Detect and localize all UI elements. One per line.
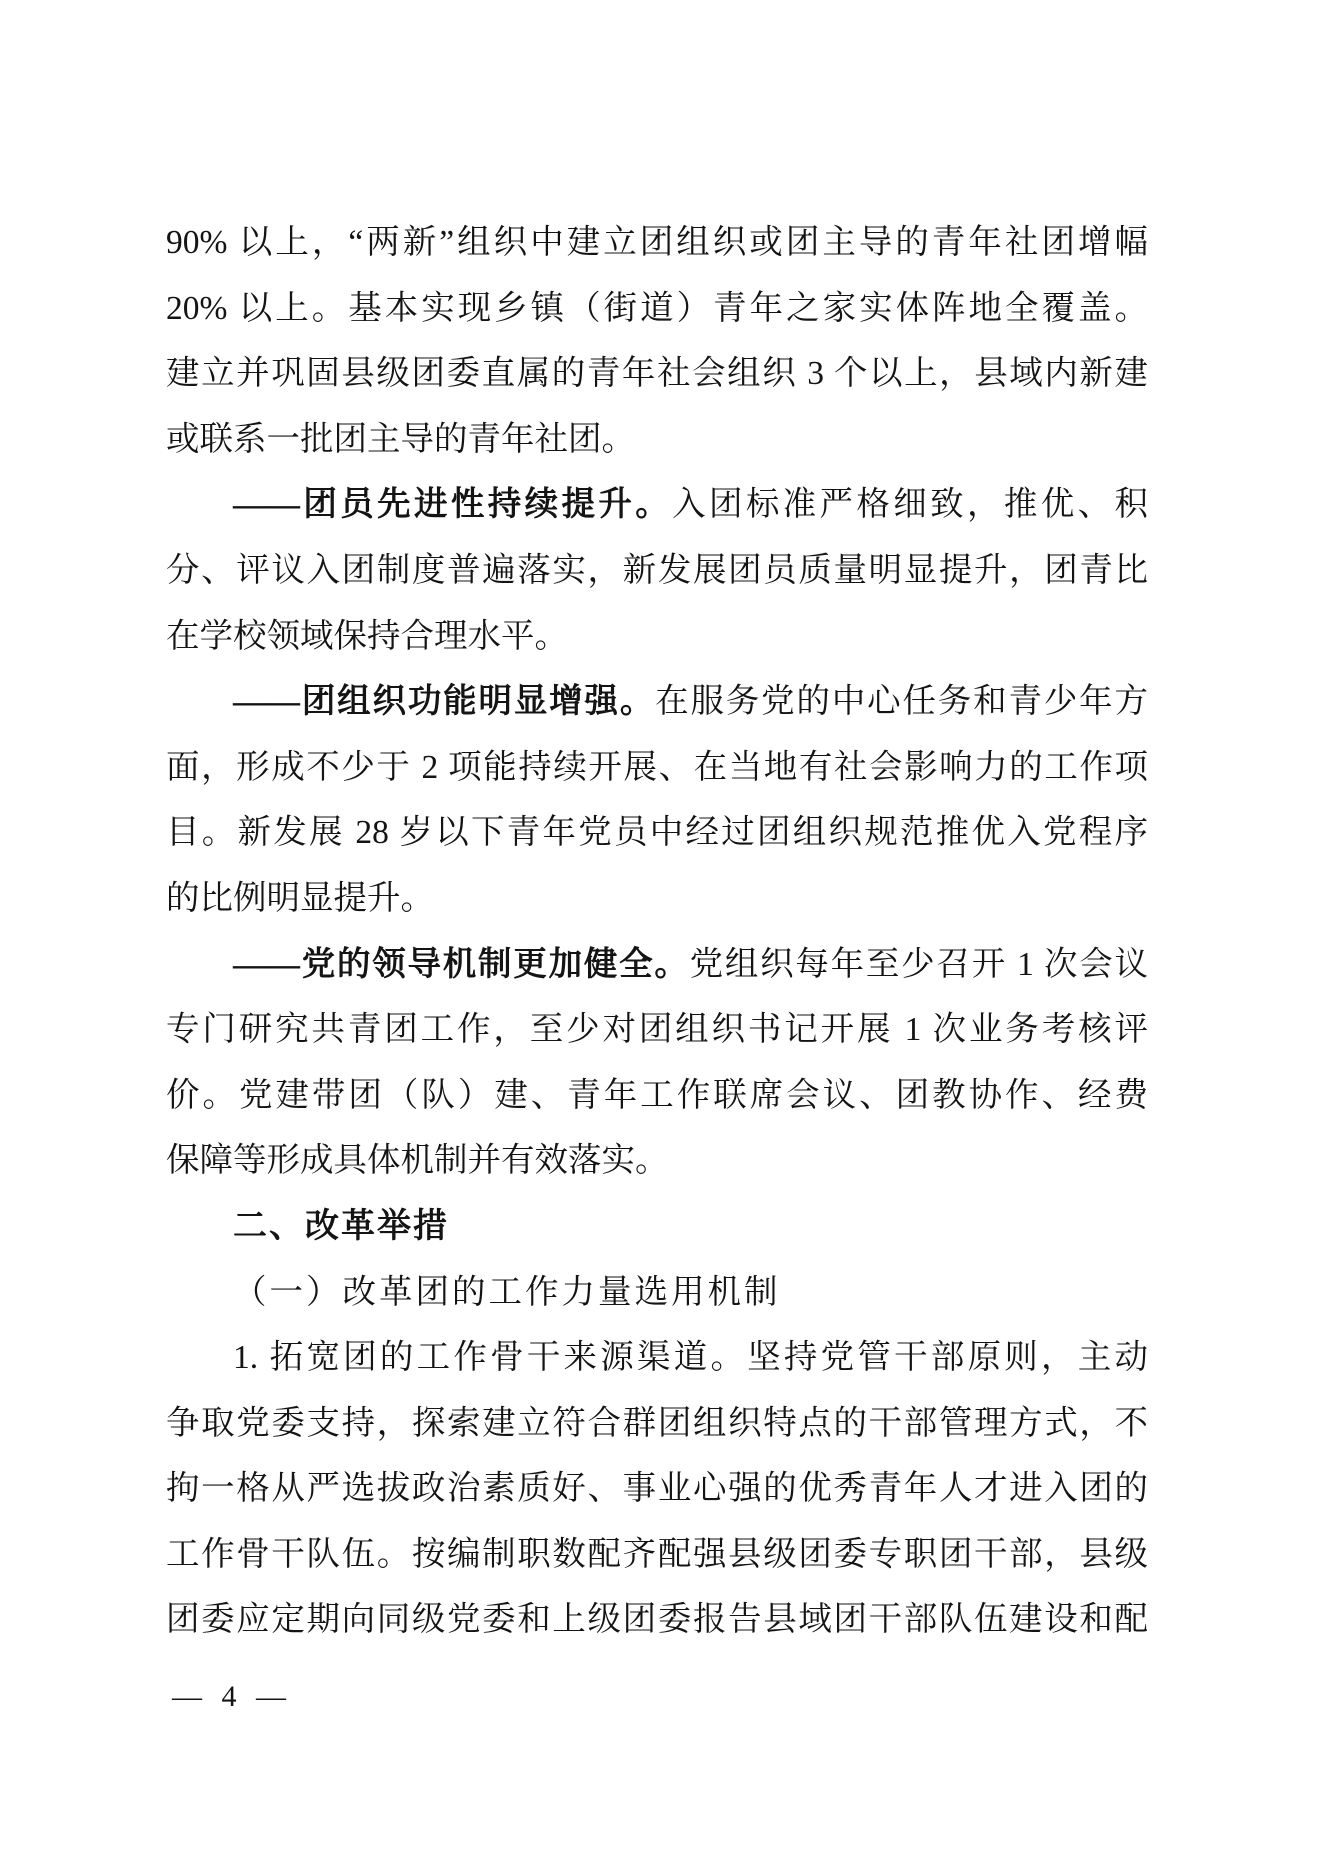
text-line: 价。党建带团（队）建、青年工作联席会议、团教协作、经费 <box>166 1063 1148 1129</box>
text-line: 1. 拓宽团的工作骨干来源渠道。坚持党管干部原则，主动 <box>166 1325 1148 1391</box>
text-line: 20% 以上。基本实现乡镇（街道）青年之家实体阵地全覆盖。 <box>166 276 1148 342</box>
text-segment-body: 入团标准严格细致，推优、积 <box>672 486 1148 523</box>
text-segment-body: 面，形成不少于 2 项能持续开展、在当地有社会影响力的工作项 <box>166 749 1148 786</box>
text-segment-body: 分、评议入团制度普遍落实，新发展团员质量明显提升，团青比 <box>166 552 1148 589</box>
text-segment-body: 20% 以上。基本实现乡镇（街道）青年之家实体阵地全覆盖。 <box>166 290 1148 327</box>
text-segment-body: 的比例明显提升。 <box>166 880 434 917</box>
text-segment-body: 争取党委支持，探索建立符合群团组织特点的干部管理方式，不 <box>166 1405 1148 1442</box>
text-line: 专门研究共青团工作，至少对团组织书记开展 1 次业务考核评 <box>166 997 1148 1063</box>
text-line: 90% 以上，“两新”组织中建立团组织或团主导的青年社团增幅 <box>166 210 1148 276</box>
text-segment-body: 专门研究共青团工作，至少对团组织书记开展 1 次业务考核评 <box>166 1011 1148 1048</box>
text-line: （一）改革团的工作力量选用机制 <box>166 1260 1148 1326</box>
text-segment-body: 价。党建带团（队）建、青年工作联席会议、团教协作、经费 <box>166 1077 1148 1114</box>
text-line: 的比例明显提升。 <box>166 866 1148 932</box>
text-line: 工作骨干队伍。按编制职数配齐配强县级团委专职团干部，县级 <box>166 1522 1148 1588</box>
text-line: 或联系一批团主导的青年社团。 <box>166 407 1148 473</box>
text-line: 分、评议入团制度普遍落实，新发展团员质量明显提升，团青比 <box>166 538 1148 604</box>
text-segment-body: 在服务党的中心任务和青少年方 <box>655 683 1148 720</box>
text-line: 拘一格从严选拔政治素质好、事业心强的优秀青年人才进入团的 <box>166 1456 1148 1522</box>
page-number: — 4 — <box>172 1664 288 1730</box>
text-segment-body: 拘一格从严选拔政治素质好、事业心强的优秀青年人才进入团的 <box>166 1470 1148 1507</box>
text-segment-section: 二、改革举措 <box>233 1207 449 1245</box>
text-line: 在学校领域保持合理水平。 <box>166 604 1148 670</box>
text-line: 建立并巩固县级团委直属的青年社会组织 3 个以上，县域内新建 <box>166 341 1148 407</box>
text-line: 争取党委支持，探索建立符合群团组织特点的干部管理方式，不 <box>166 1391 1148 1457</box>
text-segment-body: 保障等形成具体机制并有效落实。 <box>166 1142 669 1179</box>
text-line: ——团员先进性持续提升。入团标准严格细致，推优、积 <box>166 472 1148 538</box>
text-line: ——团组织功能明显增强。在服务党的中心任务和青少年方 <box>166 669 1148 735</box>
text-line: ——党的领导机制更加健全。党组织每年至少召开 1 次会议 <box>166 932 1148 998</box>
text-segment-body: 团委应定期向同级党委和上级团委报告县域团干部队伍建设和配 <box>166 1601 1148 1638</box>
text-segment-subsection: （一）改革团的工作力量选用机制 <box>233 1274 781 1311</box>
text-segment-body: 1. 拓宽团的工作骨干来源渠道。坚持党管干部原则，主动 <box>233 1339 1148 1376</box>
text-segment-body: 或联系一批团主导的青年社团。 <box>166 421 635 458</box>
text-segment-lead: ——团员先进性持续提升。 <box>233 486 672 523</box>
text-line: 团委应定期向同级党委和上级团委报告县域团干部队伍建设和配 <box>166 1587 1148 1653</box>
text-segment-body: 在学校领域保持合理水平。 <box>166 618 568 655</box>
document-body: 90% 以上，“两新”组织中建立团组织或团主导的青年社团增幅20% 以上。基本实… <box>166 210 1148 1653</box>
text-line: 二、改革举措 <box>166 1194 1148 1260</box>
text-segment-body: 工作骨干队伍。按编制职数配齐配强县级团委专职团干部，县级 <box>166 1536 1148 1573</box>
text-segment-body: 建立并巩固县级团委直属的青年社会组织 3 个以上，县域内新建 <box>166 355 1148 392</box>
document-page: 90% 以上，“两新”组织中建立团组织或团主导的青年社团增幅20% 以上。基本实… <box>0 0 1323 1871</box>
text-line: 面，形成不少于 2 项能持续开展、在当地有社会影响力的工作项 <box>166 735 1148 801</box>
text-segment-body: 90% 以上，“两新”组织中建立团组织或团主导的青年社团增幅 <box>166 224 1148 261</box>
text-line: 保障等形成具体机制并有效落实。 <box>166 1128 1148 1194</box>
text-segment-lead: ——团组织功能明显增强。 <box>233 683 655 720</box>
text-segment-body: 目。新发展 28 岁以下青年党员中经过团组织规范推优入党程序 <box>166 814 1148 851</box>
text-segment-lead: ——党的领导机制更加健全。 <box>233 946 690 983</box>
text-segment-body: 党组织每年至少召开 1 次会议 <box>690 946 1148 983</box>
text-line: 目。新发展 28 岁以下青年党员中经过团组织规范推优入党程序 <box>166 800 1148 866</box>
